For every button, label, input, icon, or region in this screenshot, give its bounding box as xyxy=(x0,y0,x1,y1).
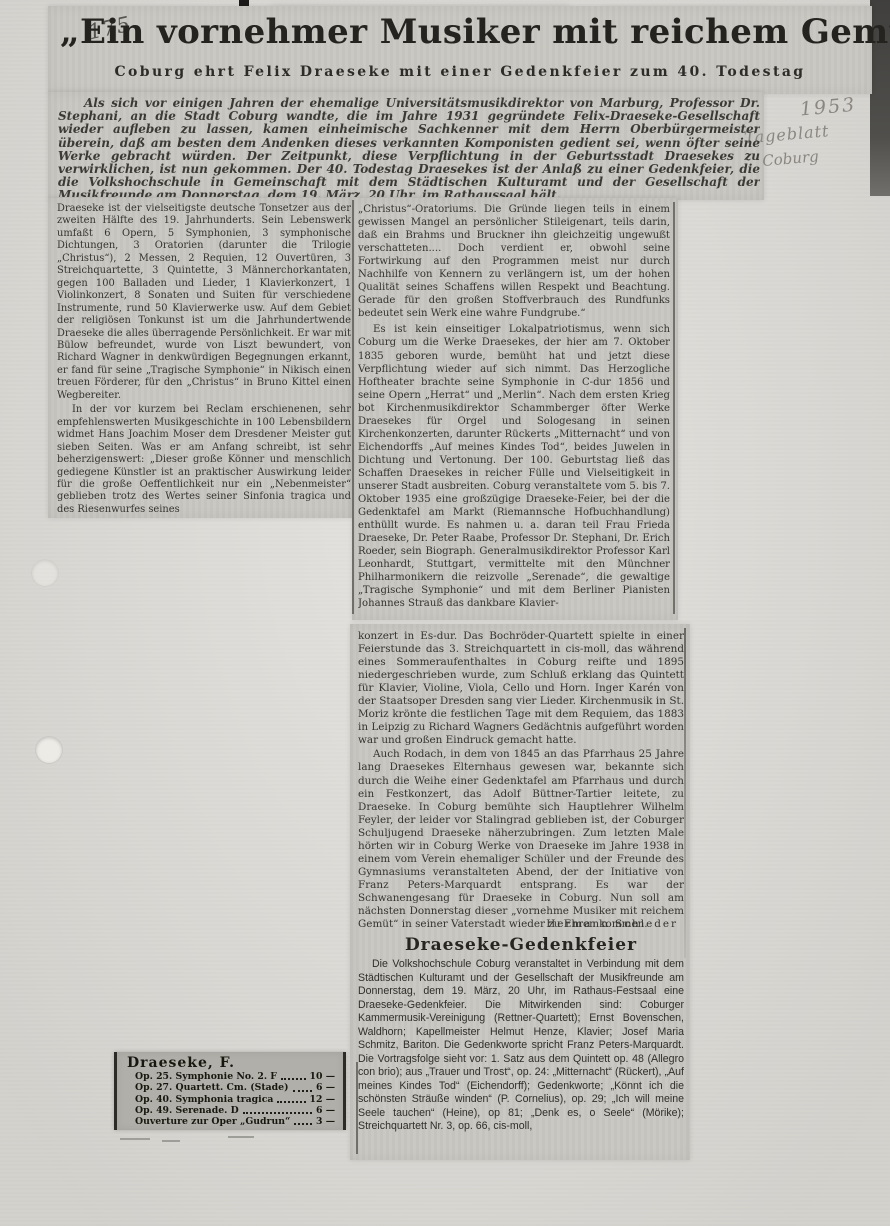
price-list-title: Draeseke, F. xyxy=(127,1055,335,1071)
body-paragraph: konzert in Es-dur. Das Bochröder-Quartet… xyxy=(358,630,684,747)
article-title: „Ein vornehmer Musiker mit reichem Gemüt… xyxy=(60,12,860,52)
dot-leader xyxy=(293,1090,312,1092)
scanned-album-page: 175 1953 Tageblatt Coburg „Ein vornehmer… xyxy=(0,0,890,1226)
column-rule xyxy=(673,202,675,614)
price-item-label: Ouverture zur Oper „Gudrun“ xyxy=(135,1116,290,1127)
pencil-mark xyxy=(162,1140,180,1142)
notice-heading: Draeseke-Gedenkfeier xyxy=(358,939,684,952)
handwritten-source-note: 1953 Tageblatt Coburg xyxy=(741,90,890,175)
pencil-mark xyxy=(120,1138,150,1140)
column-rule xyxy=(352,200,354,614)
dot-leader xyxy=(281,1078,306,1080)
price-item-label: Op. 49. Serenade. D xyxy=(135,1105,239,1116)
body-paragraph: „Christus“-Oratoriums. Die Gründe liegen… xyxy=(358,203,670,320)
price-item-price: 10 — xyxy=(310,1071,335,1082)
price-list-row: Ouverture zur Oper „Gudrun“ 3 — xyxy=(127,1116,335,1127)
article-column-1: Draeseke ist der vielseitigste deutsche … xyxy=(57,203,351,517)
notice-paragraph: Die Volkshochschule Coburg veranstaltet … xyxy=(358,958,684,1134)
lead-paragraph: Als sich vor einigen Jahren der ehemalig… xyxy=(58,97,760,197)
body-paragraph: In der vor kurzem bei Reclam erschienene… xyxy=(57,404,351,516)
price-list-row: Op. 40. Symphonia tragica 12 — xyxy=(127,1094,335,1105)
column-rule xyxy=(684,628,686,958)
price-item-label: Op. 25. Symphonie No. 2. F xyxy=(135,1071,277,1082)
punch-hole xyxy=(36,737,62,763)
price-item-price: 6 — xyxy=(316,1082,335,1093)
article-subtitle: Coburg ehrt Felix Draeseke mit einer Ged… xyxy=(60,64,860,80)
price-list-row: Op. 49. Serenade. D 6 — xyxy=(127,1105,335,1116)
body-paragraph: Auch Rodach, in dem von 1845 an das Pfar… xyxy=(358,748,684,931)
price-list-row: Op. 27. Quartett. Cm. (Stade) 6 — xyxy=(127,1082,335,1093)
price-list-row: Op. 25. Symphonie No. 2. F 10 — xyxy=(127,1071,335,1082)
body-paragraph: Draeseke ist der vielseitigste deutsche … xyxy=(57,203,351,402)
price-list-clipping: Draeseke, F. Op. 25. Symphonie No. 2. F … xyxy=(114,1052,346,1130)
price-item-price: 6 — xyxy=(316,1105,335,1116)
body-paragraph: Es ist kein einseitiger Lokalpatriotismu… xyxy=(358,323,670,610)
article-lead: Als sich vor einigen Jahren der ehemalig… xyxy=(58,97,760,197)
pencil-mark xyxy=(228,1136,254,1138)
punch-hole xyxy=(32,560,58,586)
article-column-2: „Christus“-Oratoriums. Die Gründe liegen… xyxy=(358,203,670,617)
dot-leader xyxy=(243,1112,312,1114)
price-item-price: 12 — xyxy=(310,1094,335,1105)
dot-leader xyxy=(294,1123,312,1125)
article-continuation: konzert in Es-dur. Das Bochröder-Quartet… xyxy=(358,630,684,1154)
price-item-label: Op. 27. Quartett. Cm. (Stade) xyxy=(135,1082,289,1093)
price-item-price: 3 — xyxy=(316,1116,335,1127)
dot-leader xyxy=(277,1101,305,1103)
price-item-label: Op. 40. Symphonia tragica xyxy=(135,1094,273,1105)
